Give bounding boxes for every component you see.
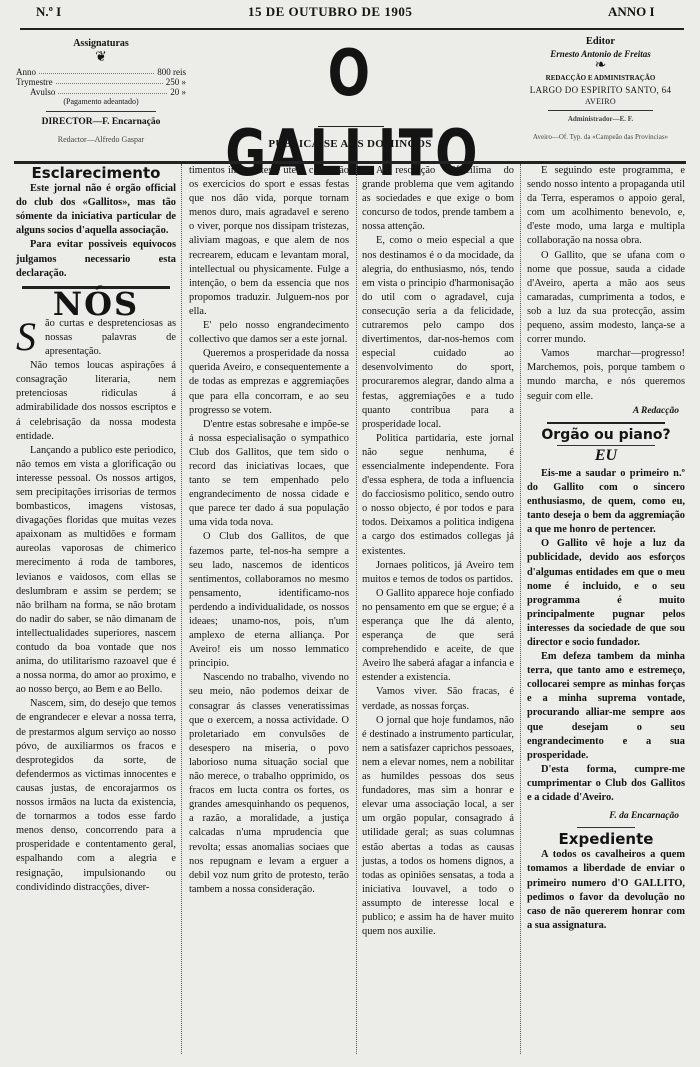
administrator-credit: Administrador—E. F. bbox=[508, 113, 693, 125]
article-paragraph: D'esta forma, cumpre-me cumprimentar o C… bbox=[527, 763, 685, 805]
newspaper-page: N.º I 15 DE OUTUBRO DE 1905 ANNO I Assig… bbox=[0, 0, 700, 1067]
divider bbox=[577, 827, 635, 828]
divider bbox=[557, 445, 655, 446]
editor-box: Editor Ernesto Antonio de Freitas ❧ REDA… bbox=[508, 36, 693, 143]
column-rule bbox=[520, 164, 522, 1054]
signature: A Redacção bbox=[527, 404, 679, 418]
article-paragraph: Em defeza tambem da minha terra, que tan… bbox=[527, 650, 685, 763]
article-paragraph: Não temos loucas aspirações á consagraçã… bbox=[16, 359, 176, 444]
article-paragraph: O Gallito vê hoje a luz da publicidade, … bbox=[527, 537, 685, 650]
article-paragraph: Politica partidaria, este jornal não seg… bbox=[362, 432, 514, 559]
column-3: A resolução difficilima do grande proble… bbox=[362, 164, 514, 939]
article-paragraph: E' pelo nosso engrandecimento collectivo… bbox=[189, 319, 349, 347]
article-paragraph: Vamos marchar—progresso! Marchemos, pois… bbox=[527, 347, 685, 403]
title-divider bbox=[318, 126, 384, 127]
payment-note: (Pagamento adeantado) bbox=[16, 97, 186, 106]
article-paragraph: O jornal que hoje fundamos, não é destin… bbox=[362, 714, 514, 940]
article-paragraph: O Gallito, que se ufana com o nome que p… bbox=[527, 249, 685, 348]
column-4: E seguindo este programma, e sendo nosso… bbox=[527, 164, 685, 933]
article-heading: NÓS bbox=[16, 297, 176, 311]
redactor-credit: Redactor—Alfredo Gaspar bbox=[16, 135, 186, 144]
article-paragraph: Nascendo no trabalho, vivendo no seu mei… bbox=[189, 671, 349, 897]
section-divider bbox=[547, 422, 665, 424]
article-heading: Expediente bbox=[527, 832, 685, 846]
article-paragraph: Jornaes politicos, já Aveiro tem muitos … bbox=[362, 559, 514, 587]
subscription-row: Avulso20 » bbox=[16, 87, 186, 97]
article-paragraph: Lançando a publico este periodico, não t… bbox=[16, 444, 176, 698]
article-paragraph: D'entre estas sobresahe e impõe-se á nos… bbox=[189, 418, 349, 531]
signature: F. da Encarnação bbox=[527, 809, 679, 823]
subscriptions-heading: Assignaturas bbox=[16, 38, 186, 49]
article-paragraph: E, como o meio especial a que nos destin… bbox=[362, 234, 514, 431]
column-2: timentos innocentes e uteis, como são os… bbox=[189, 164, 349, 897]
office-address: LARGO DO ESPIRITO SANTO, 64 bbox=[508, 84, 693, 96]
notice-paragraph: Para evitar possiveis equivocos julgamos… bbox=[16, 238, 176, 280]
article-heading: Orgão ou piano? bbox=[527, 428, 685, 442]
office-label: REDACÇÃO E ADMINISTRAÇÃO bbox=[508, 72, 693, 84]
article-paragraph: Nascem, sim, do desejo que temos de engr… bbox=[16, 697, 176, 894]
director-credit: DIRECTOR—F. Encarnação bbox=[16, 117, 186, 127]
article-paragraph: Queremos a prosperidade da nossa querida… bbox=[189, 347, 349, 417]
subscription-row: Trymestre250 » bbox=[16, 77, 186, 87]
article-paragraph: O Club dos Gallitos, de que fazemos part… bbox=[189, 530, 349, 671]
article-paragraph: timentos innocentes e uteis, como são os… bbox=[189, 164, 349, 319]
header-rule bbox=[20, 28, 684, 30]
article-paragraph: Vamos viver. São fracas, é verdade, as n… bbox=[362, 685, 514, 713]
article-paragraph: A todos os cavalheiros a quem tomamos a … bbox=[527, 848, 685, 933]
article-paragraph: A resolução difficilima do grande proble… bbox=[362, 164, 514, 234]
column-1: Esclarecimento Este jornal não é orgão o… bbox=[16, 164, 176, 895]
column-rule bbox=[356, 164, 358, 1054]
divider bbox=[548, 110, 653, 111]
article-paragraph: O Gallito apparece hoje confiado no pens… bbox=[362, 587, 514, 686]
printer-credit: Aveiro—Of. Typ. da «Campeão das Provinci… bbox=[508, 131, 693, 143]
article-paragraph: E seguindo este programma, e sendo nosso… bbox=[527, 164, 685, 249]
notice-heading: Esclarecimento bbox=[16, 166, 176, 180]
article-paragraph: Eis-me a saudar o primeiro n.º do Gallit… bbox=[527, 467, 685, 537]
drop-cap: S bbox=[16, 317, 42, 357]
tagline: PUBLICA-SE AOS DOMINGOS bbox=[190, 138, 510, 150]
issue-date: 15 DE OUTUBRO DE 1905 bbox=[248, 4, 412, 20]
dateline: N.º I 15 DE OUTUBRO DE 1905 ANNO I bbox=[0, 4, 700, 20]
subscriptions-box: Assignaturas ❦ Anno800 reis Trymestre250… bbox=[16, 38, 186, 144]
editor-heading: Editor bbox=[508, 36, 693, 48]
notice-paragraph: Este jornal não é orgão official do club… bbox=[16, 182, 176, 238]
divider bbox=[46, 111, 156, 112]
issue-year: ANNO I bbox=[608, 4, 655, 20]
office-city: AVEIRO bbox=[508, 96, 693, 108]
subscription-row: Anno800 reis bbox=[16, 67, 186, 77]
column-rule bbox=[181, 164, 183, 1054]
ornament-icon: ❧ bbox=[508, 60, 693, 72]
issue-number: N.º I bbox=[36, 4, 61, 20]
ornament-icon: ❦ bbox=[16, 49, 186, 67]
article-subheading: EU bbox=[527, 449, 685, 463]
